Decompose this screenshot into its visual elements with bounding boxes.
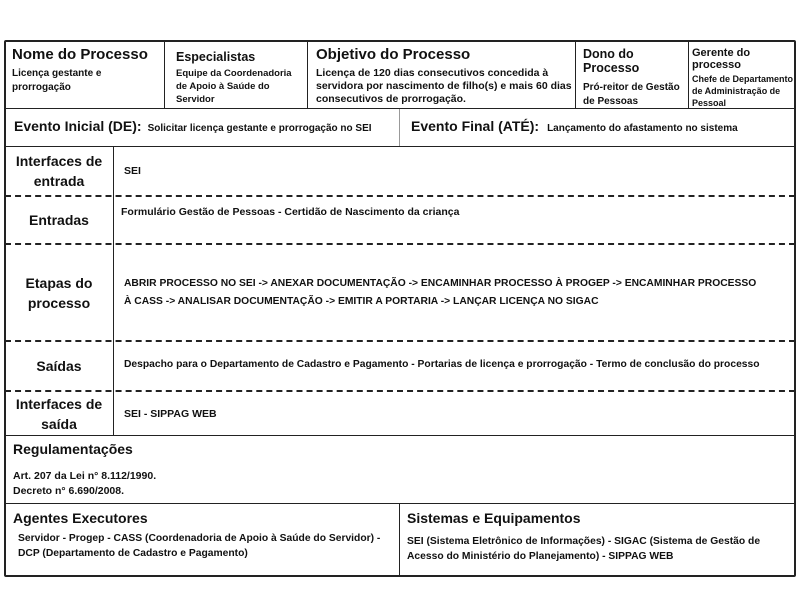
gerente-cell: Gerente do processo Chefe de Departament… bbox=[692, 47, 794, 109]
divider bbox=[164, 41, 165, 108]
sistemas-value: SEI (Sistema Eletrônico de Informações) … bbox=[407, 534, 791, 564]
divider bbox=[399, 109, 400, 146]
dono-cell: Dono do Processo Pró-reitor de Gestão de… bbox=[583, 47, 686, 109]
divider bbox=[399, 504, 400, 576]
gerente-title: Gerente do processo bbox=[692, 47, 794, 71]
evento-final-label: Evento Final (ATÉ): bbox=[411, 118, 539, 134]
regulamentacoes-line-1: Art. 207 da Lei n° 8.112/1990. bbox=[13, 469, 783, 484]
row-value-saidas: Despacho para o Departamento de Cadastro… bbox=[124, 342, 794, 388]
nome-processo-value: Licença gestante e prorrogação bbox=[12, 67, 162, 95]
row-value-interfaces-saida: SEI - SIPPAG WEB bbox=[124, 392, 789, 435]
dono-value: Pró-reitor de Gestão de Pessoas bbox=[583, 81, 686, 109]
dono-title: Dono do Processo bbox=[583, 47, 686, 75]
evento-inicial-label: Evento Inicial (DE): bbox=[14, 118, 142, 134]
divider bbox=[575, 41, 576, 108]
divider bbox=[5, 435, 795, 436]
row-value-interfaces-entrada: SEI bbox=[124, 147, 789, 195]
objetivo-cell: Objetivo do Processo Licença de 120 dias… bbox=[316, 46, 572, 106]
row-label-interfaces-saida: Interfaces de saída bbox=[5, 392, 113, 435]
agentes-section: Agentes Executores Servidor - Progep - C… bbox=[13, 510, 393, 561]
row-value-etapas: ABRIR PROCESSO NO SEI -> ANEXAR DOCUMENT… bbox=[124, 245, 764, 340]
evento-final: Evento Final (ATÉ): Lançamento do afasta… bbox=[411, 118, 791, 134]
row-label-saidas: Saídas bbox=[5, 342, 113, 390]
regulamentacoes-line-2: Decreto n° 6.690/2008. bbox=[13, 484, 783, 499]
row-divider bbox=[5, 195, 795, 197]
row-label-entradas: Entradas bbox=[5, 197, 113, 243]
especialistas-title: Especialistas bbox=[176, 50, 304, 64]
gerente-value: Chefe de Departamento de Administração d… bbox=[692, 73, 794, 109]
objetivo-value: Licença de 120 dias consecutivos concedi… bbox=[316, 67, 572, 106]
agentes-title: Agentes Executores bbox=[13, 510, 393, 526]
nome-processo-cell: Nome do Processo Licença gestante e pror… bbox=[12, 46, 162, 95]
regulamentacoes-title: Regulamentações bbox=[13, 441, 783, 457]
especialistas-cell: Especialistas Equipe da Coordenadoria de… bbox=[176, 50, 304, 106]
especialistas-value: Equipe da Coordenadoria de Apoio à Saúde… bbox=[176, 67, 304, 106]
evento-inicial-value: Solicitar licença gestante e prorrogação… bbox=[148, 123, 372, 134]
row-label-interfaces-entrada: Interfaces de entrada bbox=[5, 147, 113, 195]
regulamentacoes-section: Regulamentações Art. 207 da Lei n° 8.112… bbox=[13, 441, 783, 499]
evento-inicial: Evento Inicial (DE): Solicitar licença g… bbox=[14, 118, 399, 134]
evento-final-value: Lançamento do afastamento no sistema bbox=[547, 123, 738, 134]
sistemas-title: Sistemas e Equipamentos bbox=[407, 510, 791, 526]
divider bbox=[5, 503, 795, 504]
row-value-entradas: Formulário Gestão de Pessoas - Certidão … bbox=[121, 203, 786, 221]
divider bbox=[688, 41, 689, 108]
nome-processo-title: Nome do Processo bbox=[12, 46, 162, 63]
sistemas-section: Sistemas e Equipamentos SEI (Sistema Ele… bbox=[407, 510, 791, 564]
objetivo-title: Objetivo do Processo bbox=[316, 46, 572, 63]
divider bbox=[307, 41, 308, 108]
agentes-value: Servidor - Progep - CASS (Coordenadoria … bbox=[13, 531, 393, 561]
row-label-etapas: Etapas do processo bbox=[5, 245, 113, 340]
